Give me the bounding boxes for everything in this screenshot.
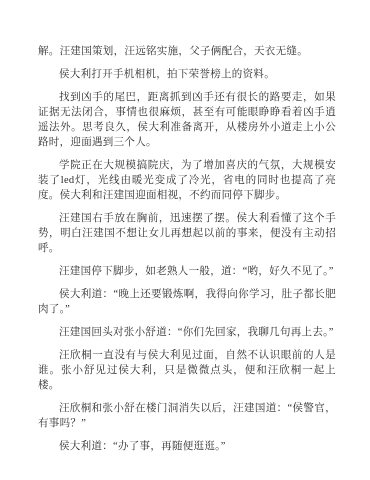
paragraph: 汪欣桐一直没有与侯大利见过面，自然不认识眼前的人是谁。张小舒见过侯大利，只是微微… [38, 348, 336, 393]
paragraph: 侯大利道：“晚上还要锻炼啊，我得向你学习，肚子都长肥肉了。” [38, 287, 336, 317]
paragraph: 汪建国右手放在胸前，迅速摆了摆。侯大利看懂了这个手势，明白汪建国不想让女儿再想起… [38, 211, 336, 256]
paragraph: 学院正在大规模搞院庆，为了增加喜庆的气氛，大规模安装了led灯，光线由暖光变成了… [38, 158, 336, 203]
paragraph: 汪建国停下脚步，如老熟人一般，道：“哟，好久不见了。” [38, 264, 336, 279]
paragraph: 汪欣桐和张小舒在楼门洞消失以后，汪建国道：“侯警官，有事吗？” [38, 401, 336, 431]
reader-page: 解。汪建国策划，汪远铭实施，父子俩配合，天衣无缝。侯大利打开手机相机，拍下荣誉榜… [0, 0, 370, 480]
paragraph: 汪建国回头对张小舒道：“你们先回家，我聊几句再上去。” [38, 325, 336, 340]
paragraph: 侯大利道：“办了事，再随便逛逛。” [38, 439, 336, 454]
paragraph: 找到凶手的尾巴，距离抓到凶手还有很长的路要走，如果证据无法闭合，事情也很麻烦，甚… [38, 90, 336, 150]
page-content: 解。汪建国策划，汪远铭实施，父子俩配合，天衣无缝。侯大利打开手机相机，拍下荣誉榜… [38, 44, 336, 454]
paragraph: 侯大利打开手机相机，拍下荣誉榜上的资料。 [38, 67, 336, 82]
paragraph: 解。汪建国策划，汪远铭实施，父子俩配合，天衣无缝。 [38, 44, 336, 59]
